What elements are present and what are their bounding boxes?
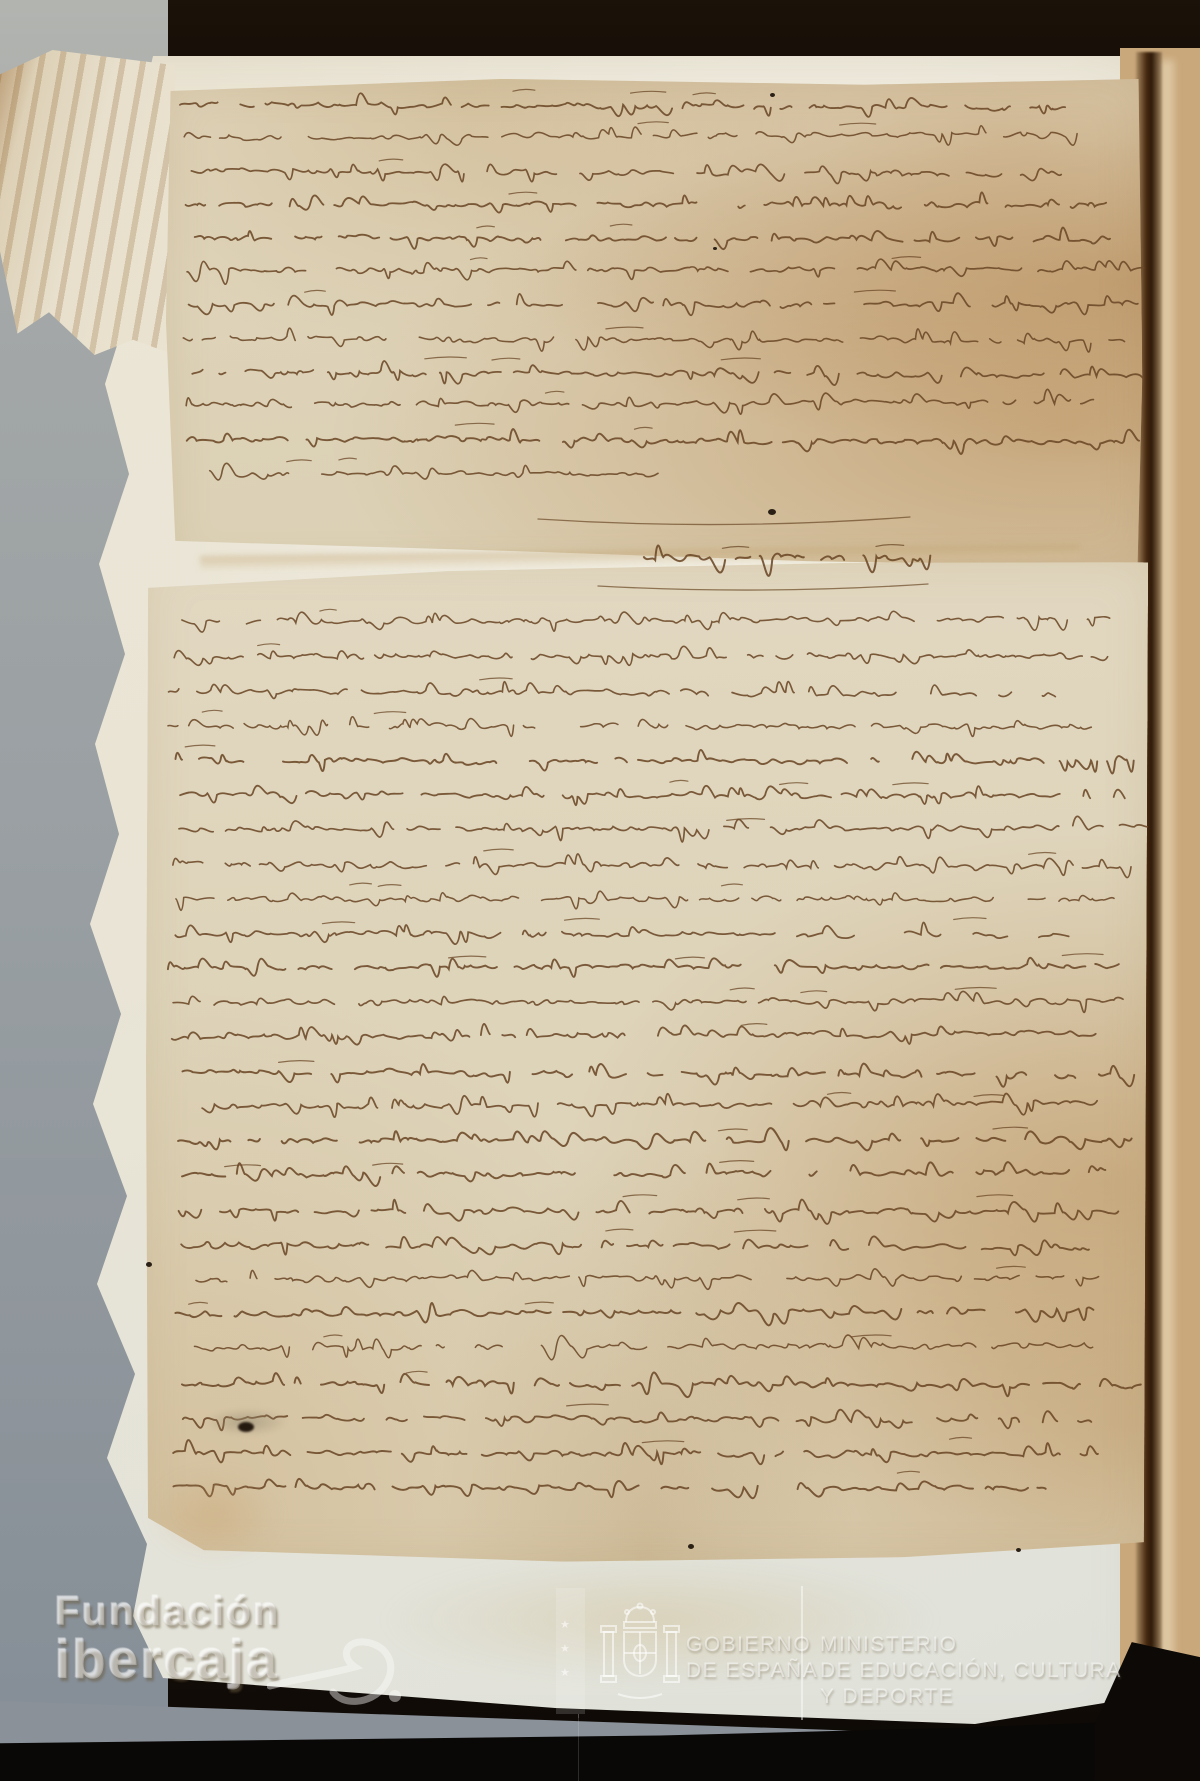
flag-star-icon: ★ [560, 1666, 570, 1679]
ministerio-line1: MINISTERIO [820, 1632, 1122, 1658]
paper-stain-bottom-left [150, 1470, 280, 1560]
flag-block-icon: ★ ★ ★ [556, 1588, 585, 1714]
gobierno-label: GOBIERNO DE ESPAÑA [686, 1632, 818, 1684]
ink-speck [713, 247, 717, 250]
ibercaja-swirl-icon [267, 1632, 417, 1718]
ibercaja-watermark: Fundación ibercaja [55, 1588, 465, 1718]
ministerio-line3: Y DEPORTE [820, 1684, 1122, 1710]
ink-speck [768, 509, 776, 515]
ink-speck [770, 93, 775, 97]
spain-coat-of-arms-icon [598, 1598, 682, 1706]
gobierno-line1: GOBIERNO [686, 1632, 818, 1658]
ministerio-line2: DE EDUCACIÓN, CULTURA [820, 1658, 1122, 1684]
flag-star-icon: ★ [560, 1642, 570, 1655]
gobierno-line2: DE ESPAÑA [686, 1658, 818, 1684]
ink-speck [146, 1262, 152, 1267]
ink-speck [1016, 1548, 1021, 1552]
ink-speck [688, 1544, 694, 1549]
watermark-divider [801, 1586, 803, 1720]
ink-smear-blob [238, 1422, 254, 1432]
government-watermark: ★ ★ ★ GOBIERNO DE ESPAÑA MINIS [548, 1582, 1188, 1727]
flag-star-icon: ★ [560, 1618, 570, 1631]
photo-canvas: Fundación ibercaja ★ ★ ★ [0, 0, 1200, 1781]
ministerio-label: MINISTERIO DE EDUCACIÓN, CULTURA Y DEPOR… [820, 1632, 1122, 1710]
